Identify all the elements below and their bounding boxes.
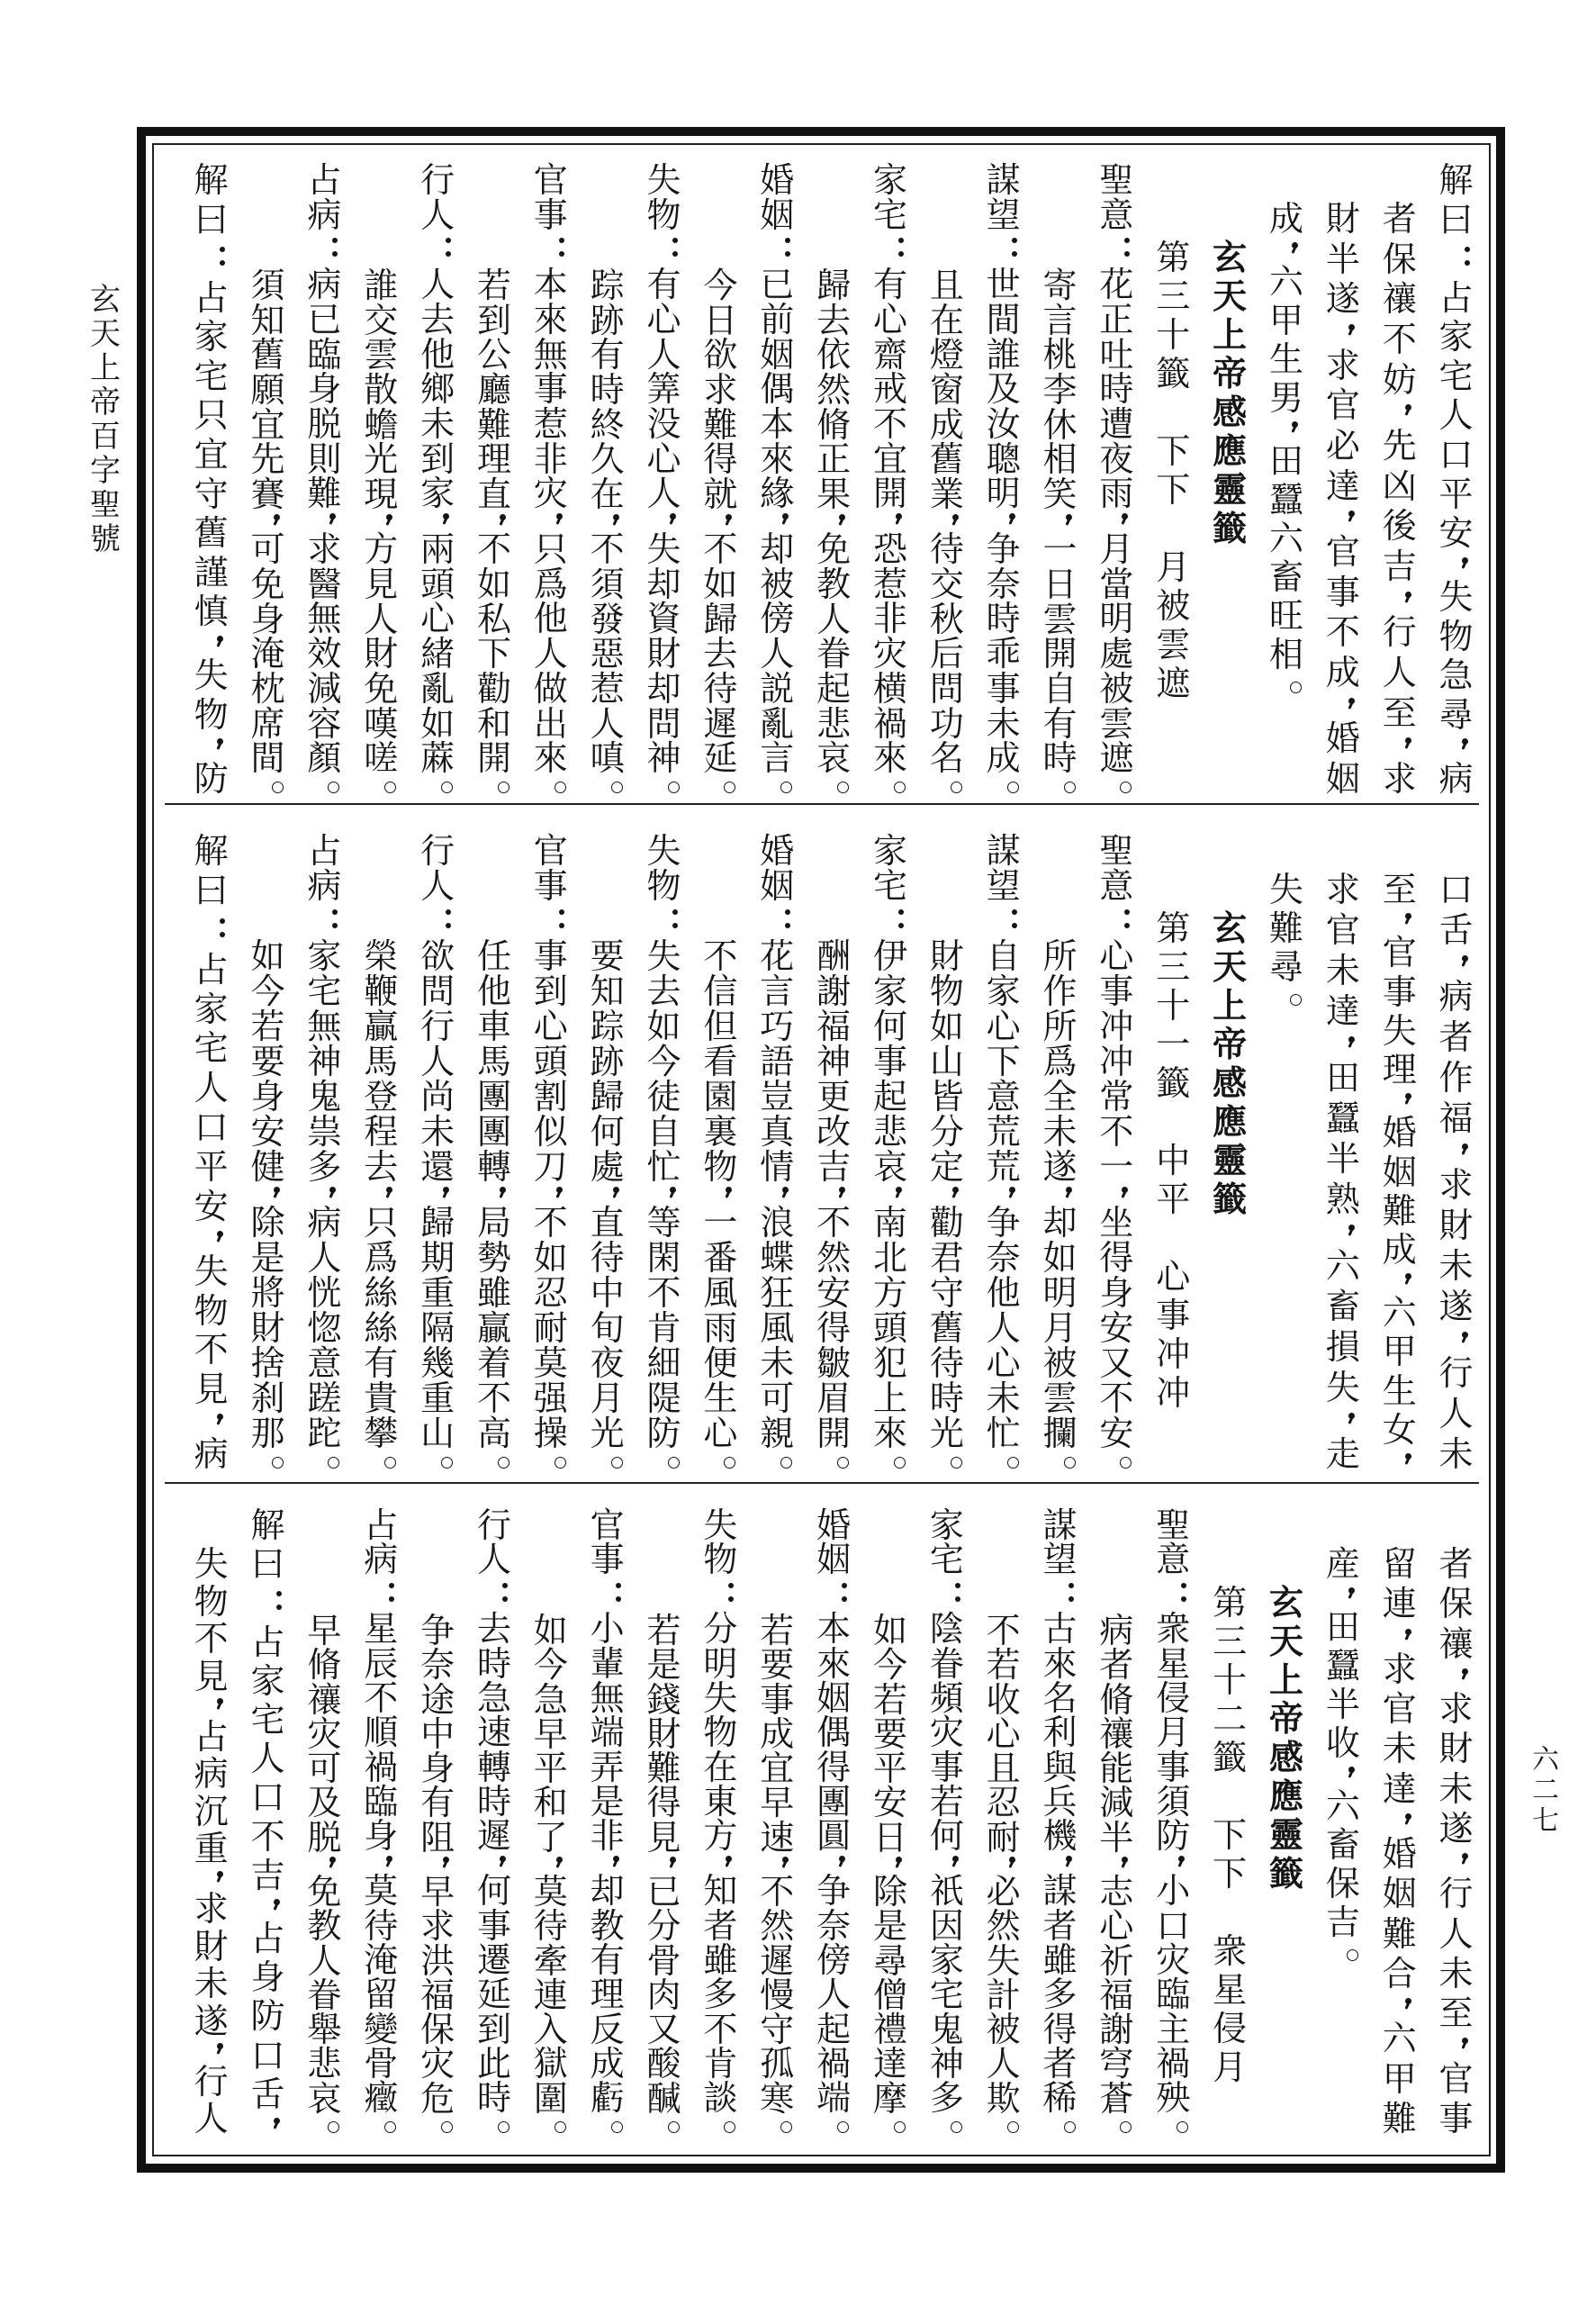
glyph: 教: [808, 567, 859, 601]
glyph: 非: [582, 1819, 633, 1853]
glyph: 官: [1318, 913, 1368, 947]
glyph: 絲: [356, 1276, 406, 1310]
glyph: 蝶: [752, 1241, 802, 1275]
explanation-continued-line: 者保禳不妨，先凶後吉，行人至，求: [1371, 163, 1428, 796]
explanation-line: 解曰：占家宅人口平安，失物急尋，病: [1428, 163, 1484, 796]
glyph: 光: [922, 1416, 972, 1451]
glyph: 去: [695, 637, 745, 671]
glyph: 雲: [356, 338, 406, 372]
glyph: 解: [186, 163, 237, 197]
glyph: 戒: [865, 372, 915, 406]
glyph: 。: [582, 2116, 633, 2136]
glyph: 心: [1148, 1260, 1198, 1294]
glyph: 勢: [469, 1241, 519, 1275]
glyph: 是: [582, 1785, 633, 1819]
glyph: 宜: [865, 442, 915, 476]
glyph: 失: [1318, 1370, 1368, 1405]
glyph: 畜: [1318, 1828, 1368, 1862]
glyph: 下: [1204, 1857, 1255, 1891]
glyph: 帝: [1204, 1027, 1255, 1062]
glyph: 是: [243, 1241, 293, 1275]
glyph: ：: [469, 1577, 519, 1612]
glyph: ，: [752, 1185, 802, 1205]
glyph: 言: [752, 741, 802, 775]
glyph: 成: [922, 408, 972, 442]
glyph: ，: [582, 1185, 633, 1205]
glyph: ，: [186, 1869, 237, 1889]
glyph: 争: [978, 1206, 1029, 1240]
glyph: ，: [978, 1185, 1029, 1205]
glyph: 病: [299, 198, 349, 232]
glyph: 聰: [978, 442, 1029, 476]
glyph: 則: [299, 442, 349, 476]
glyph: 應: [1261, 1779, 1312, 1813]
glyph: 人: [299, 1944, 349, 1978]
glyph: 未: [412, 407, 463, 441]
glyph: 衆: [1204, 1934, 1255, 1968]
glyph: 。: [1091, 1451, 1141, 1471]
glyph: 心: [978, 1717, 1029, 1751]
glyph: 細: [639, 1346, 690, 1380]
glyph: 去: [808, 303, 859, 338]
glyph: ，: [186, 2041, 237, 2061]
glyph: 平: [186, 1150, 237, 1184]
glyph: 旬: [582, 1311, 633, 1345]
glyph: 安: [1091, 1311, 1141, 1345]
glyph: 談: [695, 2081, 745, 2115]
glyph: 不: [752, 1875, 802, 1909]
glyph: 有: [1035, 707, 1086, 741]
marriage-line: 婚姻：已前姻偶本來緣，却被傍人説亂言。: [749, 163, 806, 796]
glyph: 但: [695, 1009, 745, 1044]
glyph: 山: [922, 1044, 972, 1079]
glyph: 求: [1318, 348, 1368, 383]
glyph: ，: [1431, 1330, 1482, 1350]
glyph: 意: [1091, 869, 1141, 903]
glyph: ，: [922, 512, 972, 532]
glyph: 雖: [469, 1276, 519, 1310]
glyph: 灾: [1148, 1943, 1198, 1977]
glyph: 自: [978, 939, 1029, 973]
glyph: 月: [1035, 1311, 1086, 1345]
glyph: 恍: [299, 1276, 349, 1310]
glyph: 六: [1261, 521, 1312, 556]
glyph: 今: [695, 268, 745, 303]
glyph: 冲: [1091, 1044, 1141, 1079]
glyph: 月: [1148, 550, 1198, 584]
glyph: 等: [639, 1206, 690, 1240]
glyph: 難: [695, 408, 745, 442]
glyph: 便: [695, 1346, 745, 1380]
lawsuit-verse-line: 如今急早平和了，莫待牽連入獄圍。: [522, 1508, 579, 2136]
glyph: 已: [639, 1875, 690, 1909]
glyph: 遲: [752, 1944, 802, 1978]
glyph: 第: [1148, 240, 1198, 275]
glyph: 六: [1375, 1296, 1425, 1330]
glyph: 神: [639, 741, 690, 775]
glyph: 方: [356, 532, 406, 566]
lot-header-title: 玄天上帝感應靈籤: [1258, 1508, 1315, 2136]
glyph: ：: [582, 1577, 633, 1612]
glyph: 是: [865, 1909, 915, 1943]
glyph: 減: [1091, 1785, 1141, 1820]
glyph: 六: [1318, 1789, 1368, 1823]
glyph: 馬: [356, 1044, 406, 1079]
glyph: 秋: [922, 602, 972, 637]
glyph: 要: [752, 1648, 802, 1682]
glyph: 蒼: [1091, 2082, 1141, 2116]
glyph: ：: [808, 1577, 859, 1612]
glyph: 本: [752, 407, 802, 441]
glyph: 防: [1148, 1819, 1198, 1853]
glyph: 遂: [186, 2004, 237, 2038]
glyph: 枕: [243, 672, 293, 706]
glyph: 。: [412, 2116, 463, 2136]
explanation-continued-line: 失難尋。: [1258, 834, 1315, 1471]
glyph: 十: [1204, 1663, 1255, 1697]
glyph: 平: [1148, 1182, 1198, 1216]
glyph: 先: [243, 442, 293, 476]
glyph: 病: [186, 1437, 237, 1471]
glyph: 見: [186, 1372, 237, 1406]
glyph: 圓: [808, 1819, 859, 1853]
glyph: 二: [1523, 1777, 1568, 1804]
glyph: 問: [922, 672, 972, 706]
glyph: 是: [639, 1648, 690, 1682]
glyph: 財: [1318, 202, 1368, 236]
glyph: 籤: [1261, 1857, 1312, 1891]
glyph: ，: [1035, 1854, 1086, 1874]
glyph: 洪: [412, 1944, 463, 1978]
glyph: 時: [469, 2081, 519, 2115]
household-verse-line: 酬謝福神更改吉，不然安得皺眉開。: [806, 834, 862, 1471]
glyph: 説: [752, 672, 802, 706]
glyph: 帝: [80, 387, 131, 418]
glyph: 如: [922, 1009, 972, 1044]
glyph: ，: [695, 1854, 745, 1874]
glyph: 已: [299, 303, 349, 337]
glyph: 望: [978, 869, 1029, 903]
glyph: 官: [1318, 535, 1368, 569]
glyph: 神: [922, 2047, 972, 2081]
glyph: 物: [186, 1585, 237, 1619]
glyph: 若: [922, 1785, 972, 1819]
glyph: 灾: [865, 637, 915, 671]
glyph: ，: [1318, 1765, 1368, 1785]
glyph: 吉: [1375, 549, 1425, 583]
glyph: 見: [186, 1659, 237, 1694]
glyph: 頭: [865, 1311, 915, 1345]
illness-line: 占病：星辰不順禍臨身，莫待淹留變骨癥。: [353, 1508, 410, 2136]
glyph: 姻: [752, 198, 802, 232]
glyph: 平: [1431, 477, 1482, 511]
glyph: 心: [978, 1346, 1029, 1380]
glyph: 然: [978, 1909, 1029, 1943]
glyph: 身: [299, 372, 349, 406]
glyph: 來: [865, 741, 915, 775]
glyph: ，: [186, 1229, 237, 1249]
glyph: 要: [582, 939, 633, 973]
glyph: 陰: [922, 1612, 972, 1646]
glyph: 開: [1035, 637, 1086, 671]
glyph: 六: [1261, 265, 1312, 299]
glyph: 惚: [299, 1311, 349, 1345]
glyph: 高: [469, 1416, 519, 1451]
glyph: 難: [1375, 1194, 1425, 1228]
glyph: 半: [1091, 1821, 1141, 1855]
glyph: 人: [1431, 1397, 1482, 1431]
glyph: 刹: [243, 1381, 293, 1415]
glyph: 待: [922, 532, 972, 566]
glyph: 皺: [808, 1346, 859, 1380]
lot-number-line: 第三十二籤 下下 衆星侵月: [1202, 1508, 1258, 2136]
glyph: 謀: [1035, 1508, 1086, 1542]
glyph: 踪: [582, 1009, 633, 1044]
glyph: 知: [695, 1874, 745, 1908]
glyph: 吉: [1318, 1905, 1368, 1939]
glyph: 酸: [639, 2047, 690, 2081]
glyph: 得: [1035, 2012, 1086, 2047]
glyph: 途: [412, 1683, 463, 1717]
glyph: ：: [299, 904, 349, 938]
glyph: 守: [922, 1276, 972, 1310]
glyph: 在: [922, 303, 972, 338]
glyph: 物: [1431, 619, 1482, 654]
glyph: 健: [243, 1150, 293, 1184]
glyph: 財: [186, 1930, 237, 1964]
glyph: 奈: [412, 1648, 463, 1682]
glyph: 不: [695, 532, 745, 566]
glyph: ，: [582, 512, 633, 532]
glyph: 絲: [356, 1311, 406, 1345]
glyph: 到: [469, 2012, 519, 2047]
glyph: ：: [865, 904, 915, 938]
glyph: 肯: [639, 1311, 690, 1345]
glyph: 眷: [808, 637, 859, 671]
glyph: 莫: [356, 1874, 406, 1908]
glyph: 要: [865, 1717, 915, 1751]
glyph: ，: [186, 737, 237, 756]
glyph: 。: [1091, 776, 1141, 796]
glyph: ，: [1375, 590, 1425, 610]
glyph: ，: [243, 1185, 293, 1205]
glyph: 筭: [639, 372, 690, 406]
glyph: 謀: [978, 163, 1029, 197]
glyph: 事: [1318, 575, 1368, 610]
glyph: 必: [1318, 429, 1368, 463]
glyph: 號: [80, 524, 131, 555]
glyph: 占: [299, 834, 349, 868]
glyph: 時: [1091, 372, 1141, 406]
glyph: 妨: [1375, 363, 1425, 397]
glyph: 頻: [922, 1681, 972, 1715]
glyph: 者: [1091, 1648, 1141, 1682]
traveler-verse-line: 榮鞭贏馬登程去，只爲絲絲有貴攀。: [353, 834, 410, 1471]
glyph: 心: [639, 303, 690, 337]
glyph: 却: [1035, 1206, 1086, 1240]
glyph: 應: [1204, 1105, 1255, 1139]
glyph: 行: [1375, 615, 1425, 649]
glyph: 笑: [1035, 477, 1086, 511]
glyph: 上: [1204, 989, 1255, 1023]
glyph: 當: [1091, 567, 1141, 601]
glyph: 行: [412, 1009, 463, 1044]
glyph: 癥: [356, 2081, 406, 2115]
glyph: ，: [526, 1855, 576, 1875]
glyph: ，: [582, 1854, 633, 1874]
glyph: 免: [243, 567, 293, 601]
glyph: 傍: [808, 1943, 859, 1977]
glyph: 哀: [865, 1150, 915, 1184]
glyph: 心: [1091, 1909, 1141, 1943]
illness-verse-line: 早脩禳灾可及脱，免教人眷舉悲哀。: [296, 1508, 353, 2136]
glyph: 了: [526, 1821, 576, 1855]
glyph: 待: [356, 1909, 406, 1943]
glyph: 時: [469, 1647, 519, 1681]
glyph: 古: [1035, 1612, 1086, 1646]
glyph: ：: [412, 232, 463, 267]
glyph: 。: [526, 1451, 576, 1471]
glyph: 心: [412, 601, 463, 636]
glyph: 吉: [808, 1150, 859, 1184]
glyph: 去: [639, 974, 690, 1008]
glyph: 若: [865, 1683, 915, 1717]
glyph: 安: [865, 1785, 915, 1820]
glyph: 損: [1318, 1330, 1368, 1364]
glyph: 又: [639, 2012, 690, 2047]
glyph: ，: [412, 1855, 463, 1875]
glyph: 得: [808, 1750, 859, 1785]
glyph: 却: [639, 567, 690, 601]
glyph: 人: [243, 1741, 293, 1776]
glyph: 遮: [1148, 666, 1198, 701]
glyph: 家: [186, 320, 237, 354]
glyph: 留: [356, 1977, 406, 2011]
glyph: ：: [356, 1577, 406, 1612]
glyph: 容: [299, 707, 349, 741]
glyph: 延: [695, 741, 745, 775]
glyph: ，: [865, 1855, 915, 1875]
glyph: ，: [186, 1696, 237, 1716]
glyph: 人: [412, 1044, 463, 1079]
glyph: ，: [186, 1412, 237, 1432]
glyph: 人: [412, 267, 463, 302]
glyph: 姻: [808, 1542, 859, 1577]
glyph: 只: [526, 532, 576, 566]
glyph: 雨: [695, 1311, 745, 1345]
glyph: 走: [1318, 1437, 1368, 1471]
glyph: 和: [526, 1785, 576, 1820]
glyph: 謀: [978, 834, 1029, 868]
glyph: 兩: [412, 532, 463, 566]
glyph: 遂: [1035, 1150, 1086, 1184]
glyph: 今: [243, 974, 293, 1008]
glyph: 看: [695, 1044, 745, 1079]
glyph: 成: [1375, 1233, 1425, 1267]
glyph: 失: [639, 532, 690, 566]
glyph: 淹: [243, 637, 293, 671]
glyph: 奈: [978, 567, 1029, 601]
glyph: 忍: [978, 1785, 1029, 1820]
glyph: 尋: [1261, 950, 1312, 984]
explanation-continued-line: 留連，求官未達，婚姻難合，六甲難: [1371, 1508, 1428, 2136]
glyph: 危: [412, 2082, 463, 2116]
glyph: 財: [243, 1311, 293, 1345]
traveler-line: 行人：去時急速轉時遲，何事遷延到此時。: [466, 1508, 523, 2136]
text-band-top: 解曰：占家宅人口平安，失物急尋，病 者保禳不妨，先凶後吉，行人至，求 財半遂，求…: [183, 163, 1484, 796]
glyph: 摩: [865, 2082, 915, 2116]
glyph: 祟: [299, 1115, 349, 1149]
glyph: ：: [1091, 904, 1141, 938]
glyph: 就: [695, 477, 745, 511]
glyph: 三: [1148, 950, 1198, 984]
glyph: 争: [978, 532, 1029, 566]
glyph: 在: [582, 477, 633, 511]
glyph: ：: [922, 1577, 972, 1612]
glyph: ，: [1318, 1411, 1368, 1431]
glyph: 事: [1431, 2102, 1482, 2136]
glyph: 身: [1091, 1276, 1141, 1310]
glyph: 鞭: [356, 974, 406, 1008]
glyph: 局: [469, 1206, 519, 1240]
glyph: 事: [526, 869, 576, 903]
glyph: 踪: [582, 268, 633, 303]
glyph: 若: [978, 1648, 1029, 1682]
glyph: ，: [695, 512, 745, 532]
glyph: ，: [526, 1185, 576, 1205]
glyph: 然: [752, 1909, 802, 1943]
glyph: 蟾: [356, 408, 406, 442]
glyph: 欺: [978, 2082, 1029, 2116]
glyph: 何: [865, 1009, 915, 1044]
glyph: 家: [865, 163, 915, 197]
glyph: 天: [80, 319, 131, 349]
glyph: 鄉: [412, 372, 463, 406]
text-band-bottom: 者保禳，求財未遂，行人未至，官事 留連，求官未達，婚姻難合，六甲難 産，田蠶半收…: [183, 1508, 1484, 2136]
glyph: 操: [526, 1416, 576, 1451]
glyph: 公: [469, 338, 519, 372]
glyph: 臨: [356, 1785, 406, 1819]
glyph: 輩: [582, 1647, 633, 1681]
glyph: 分: [695, 1612, 745, 1646]
glyph: 七: [1523, 1808, 1568, 1835]
glyph: 時: [978, 601, 1029, 636]
glyph: 禍: [808, 2047, 859, 2081]
glyph: 失: [695, 1681, 745, 1715]
glyph: 寄: [1035, 268, 1086, 303]
glyph: 急: [1431, 658, 1482, 692]
glyph: 未: [1035, 1115, 1086, 1149]
glyph: 下: [978, 1044, 1029, 1079]
glyph: 君: [922, 1241, 972, 1275]
glyph: 却: [752, 532, 802, 566]
glyph: 冲: [1091, 1009, 1141, 1044]
glyph: 寒: [752, 2082, 802, 2116]
glyph: 有: [639, 267, 690, 302]
glyph: 口: [1431, 438, 1482, 472]
glyph: 口: [1148, 1909, 1198, 1943]
glyph: 不: [978, 1613, 1029, 1648]
glyph: 失: [639, 939, 690, 973]
glyph: ：: [978, 232, 1029, 267]
glyph: 上: [1204, 318, 1255, 352]
glyph: 感: [1204, 1066, 1255, 1100]
glyph: ，: [356, 1185, 406, 1205]
glyph: 收: [1318, 1726, 1368, 1760]
glyph: 宜: [243, 408, 293, 442]
glyph: 行: [1431, 1876, 1482, 1911]
glyph: 多: [695, 1977, 745, 2011]
